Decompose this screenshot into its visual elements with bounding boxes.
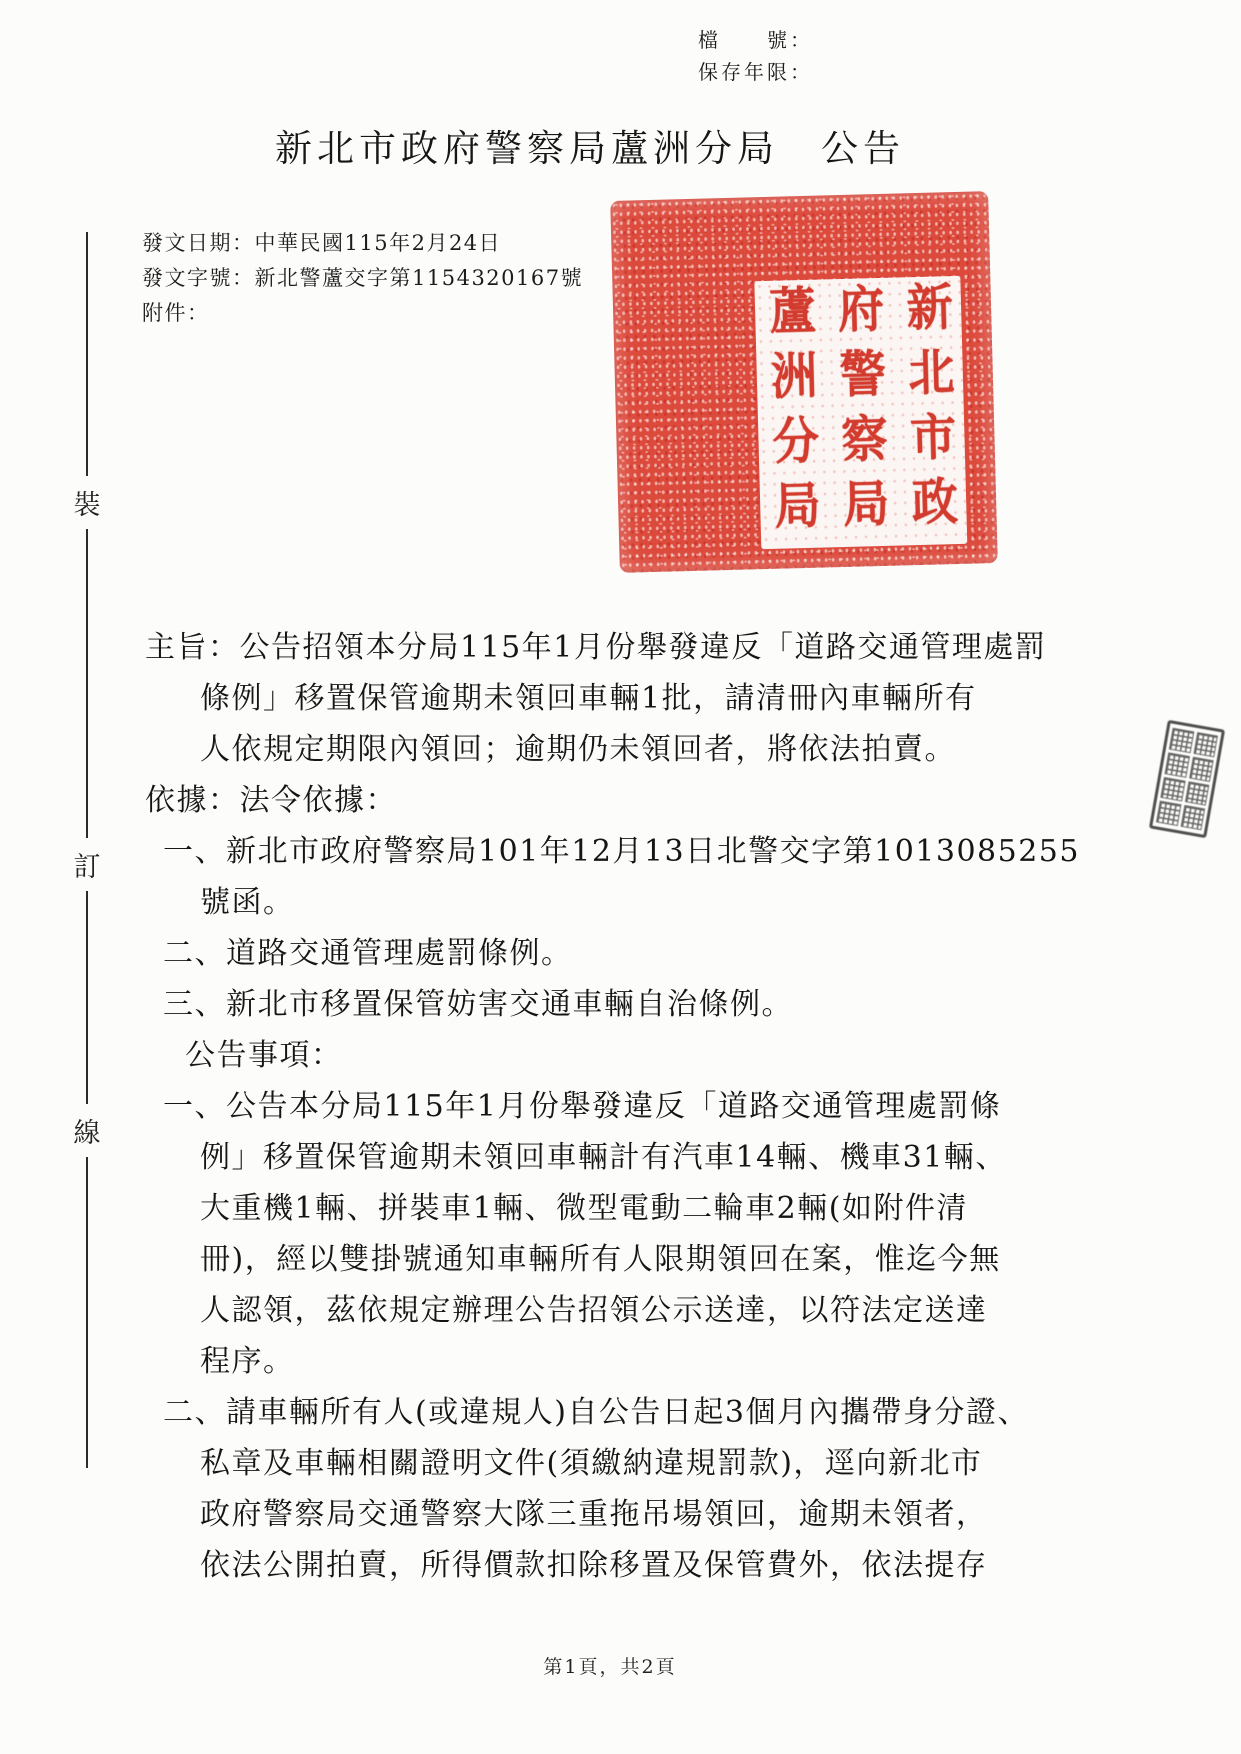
body-line: 號函。 (0, 877, 1110, 928)
body-line: 條例」移置保管逾期未領回車輛1批，請清冊內車輛所有 (0, 673, 1110, 724)
body-line: 二、道路交通管理處罰條例。 (0, 928, 1110, 979)
stamp-glyph (1165, 752, 1190, 777)
announcement-page: 檔 號： 保存年限： 新北市政府警察局蘆洲分局 公告 發文日期：中華民國115年… (0, 0, 1241, 1754)
seal-column-left: 蘆洲分局 (766, 284, 819, 544)
body-line: 一、新北市政府警察局101年12月13日北警交字第1013085255 (0, 826, 1110, 877)
body-line: 公告事項： (0, 1030, 1110, 1081)
official-red-seal: 新北市政 府警察局 蘆洲分局 (610, 191, 998, 573)
body-line: 冊)，經以雙掛號通知車輛所有人限期領回在案，惟迄今無 (0, 1234, 1110, 1285)
body-line: 程序。 (0, 1336, 1110, 1387)
body-line: 政府警察局交通警察大隊三重拖吊場領回，逾期未領者， (0, 1489, 1110, 1540)
seal-column-middle: 府警察局 (834, 282, 887, 542)
document-meta: 發文日期：中華民國115年2月24日 發文字號：新北警蘆交字第115432016… (142, 226, 583, 331)
body-line: 三、新北市移置保管妨害交通車輛自治條例。 (0, 979, 1110, 1030)
stamp-glyph (1189, 756, 1214, 781)
body-line: 大重機1輛、拼裝車1輛、微型電動二輪車2輛(如附件清 (0, 1183, 1110, 1234)
attachment-label: 附件： (142, 296, 583, 331)
body-line: 例」移置保管逾期未領回車輛計有汽車14輛、機車31輛、 (0, 1132, 1110, 1183)
body-line: 人認領，茲依規定辦理公告招領公示送達，以符法定送達 (0, 1285, 1110, 1336)
body-line: 人依規定期限內領回；逾期仍未領回者，將依法拍賣。 (0, 724, 1110, 775)
stamp-glyph (1169, 728, 1194, 753)
document-number: 發文字號：新北警蘆交字第1154320167號 (142, 261, 583, 296)
document-title: 新北市政府警察局蘆洲分局 公告 (275, 118, 905, 172)
document-body: 主旨：公告招領本分局115年1月份舉發違反「道路交通管理處罰 條例」移置保管逾期… (0, 622, 1110, 1591)
body-line: 一、公告本分局115年1月份舉發違反「道路交通管理處罰條 (0, 1081, 1110, 1132)
seal-column-right: 新北市政 (903, 281, 956, 541)
stamp-glyph (1160, 776, 1185, 801)
body-line: 依法公開拍賣，所得價款扣除移置及保管費外，依法提存 (0, 1540, 1110, 1591)
seal-inner-text: 新北市政 府警察局 蘆洲分局 (754, 276, 967, 549)
file-number-label: 檔 號： (698, 24, 813, 56)
small-ink-stamp (1149, 720, 1225, 838)
body-line: 依據：法令依據： (0, 775, 1110, 826)
binding-mark-zhuang: 裝 (62, 476, 112, 529)
stamp-glyph (1184, 781, 1209, 806)
issue-date: 發文日期：中華民國115年2月24日 (142, 226, 583, 261)
body-line: 主旨：公告招領本分局115年1月份舉發違反「道路交通管理處罰 (0, 622, 1110, 673)
retention-period-label: 保存年限： (698, 56, 813, 88)
page-number: 第1頁，共2頁 (0, 1652, 1220, 1679)
archive-label-block: 檔 號： 保存年限： (698, 24, 813, 88)
stamp-glyph (1193, 732, 1218, 757)
body-line: 私章及車輛相關證明文件(須繳納違規罰款)，逕向新北市 (0, 1438, 1110, 1489)
body-line: 二、請車輛所有人(或違規人)自公告日起3個月內攜帶身分證、 (0, 1387, 1110, 1438)
stamp-glyph (1156, 801, 1181, 826)
stamp-glyph (1180, 805, 1205, 830)
